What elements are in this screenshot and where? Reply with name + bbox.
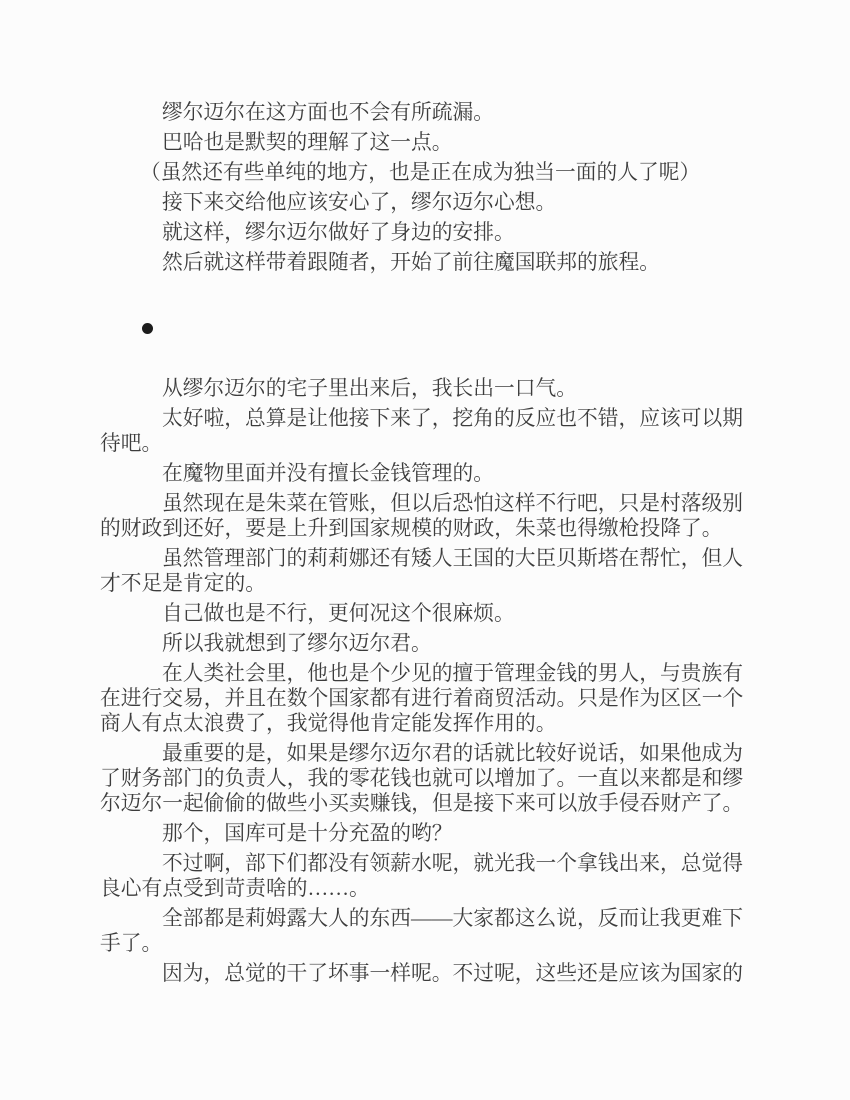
text-line: 手了。 [100,932,800,957]
text-line: 在魔物里面并没有擅长金钱管理的。 [100,462,800,487]
text-line: 太好啦，总算是让他接下来了，挖角的反应也不错，应该可以期 [100,407,800,432]
bullet-separator-icon [142,323,153,334]
text-line: 最重要的是，如果是缪尔迈尔君的话就比较好说话，如果他成为 [100,742,800,767]
text-line: 虽然现在是朱菜在管账，但以后恐怕这样不行吧，只是村落级别 [100,492,800,517]
text-line: 商人有点太浪费了，我觉得他肯定能发挥作用的。 [100,712,800,737]
text-line: 了财务部门的负责人，我的零花钱也就可以增加了。一直以来都是和缪 [100,767,800,792]
text-line: 尔迈尔一起偷偷的做些小买卖赚钱，但是接下来可以放手侵吞财产了。 [100,792,800,817]
text-line: 不过啊，部下们都没有领薪水呢，就光我一个拿钱出来，总觉得 [100,852,800,877]
text-line: 在进行交易，并且在数个国家都有进行着商贸活动。只是作为区区一个 [100,687,800,712]
text-line: 就这样，缪尔迈尔做好了身边的安排。 [100,221,800,246]
document-page: 缪尔迈尔在这方面也不会有所疏漏。巴哈也是默契的理解了这一点。（虽然还有些单纯的地… [0,0,850,1100]
text-line: 从缪尔迈尔的宅子里出来后，我长出一口气。 [100,377,800,402]
text-line: 待吧。 [100,432,800,457]
text-line: 因为，总觉的干了坏事一样呢。不过呢，这些还是应该为国家的 [100,962,800,987]
text-line: 然后就这样带着跟随者，开始了前往魔国联邦的旅程。 [100,251,800,276]
text-section-1: 缪尔迈尔在这方面也不会有所疏漏。巴哈也是默契的理解了这一点。（虽然还有些单纯的地… [100,101,800,276]
text-line: 虽然管理部门的莉莉娜还有矮人王国的大臣贝斯塔在帮忙，但人 [100,547,800,572]
text-line: 在人类社会里，他也是个少见的擅于管理金钱的男人，与贵族有 [100,662,800,687]
text-line: 良心有点受到苛责啥的……。 [100,877,800,902]
text-line: 巴哈也是默契的理解了这一点。 [100,131,800,156]
text-line: 所以我就想到了缪尔迈尔君。 [100,632,800,657]
text-section-2: 从缪尔迈尔的宅子里出来后，我长出一口气。太好啦，总算是让他接下来了，挖角的反应也… [100,377,800,987]
text-line: 全部都是莉姆露大人的东西——大家都这么说，反而让我更难下 [100,907,800,932]
text-line: 自己做也是不行，更何况这个很麻烦。 [100,602,800,627]
text-line: 才不足是肯定的。 [100,572,800,597]
text-line: 缪尔迈尔在这方面也不会有所疏漏。 [100,101,800,126]
text-line: 那个，国库可是十分充盈的哟？ [100,822,800,847]
text-line: 接下来交给他应该安心了，缪尔迈尔心想。 [100,191,800,216]
text-line: （虽然还有些单纯的地方，也是正在成为独当一面的人了呢） [100,161,800,186]
text-line: 的财政到还好，要是上升到国家规模的财政，朱菜也得缴枪投降了。 [100,517,800,542]
